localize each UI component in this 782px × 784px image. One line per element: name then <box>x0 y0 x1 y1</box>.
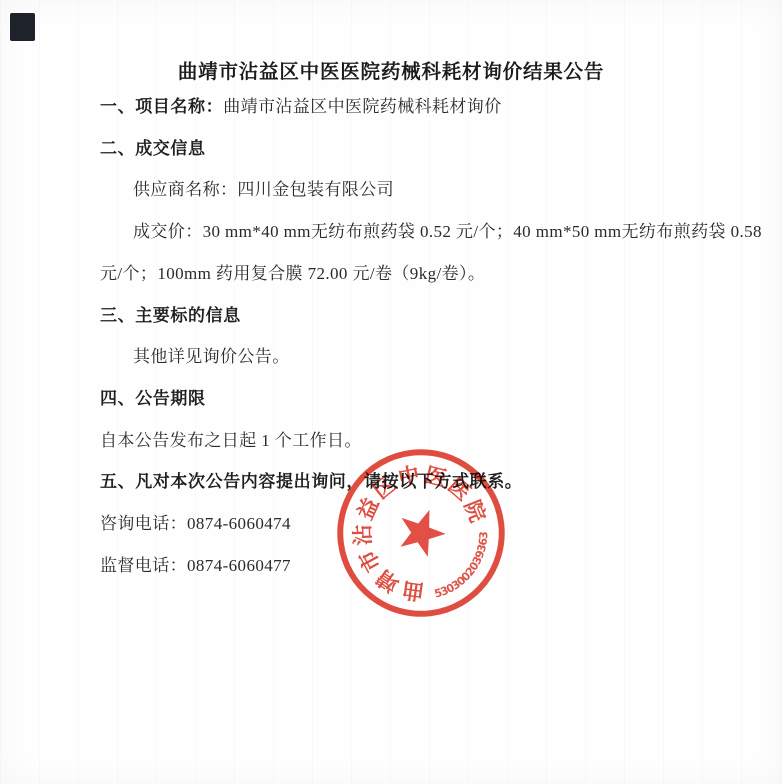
deal-price-line-2: 元/个；100mm 药用复合膜 72.00 元/卷（9kg/卷）。 <box>100 253 740 295</box>
section-4-heading: 四、公告期限 <box>100 378 740 420</box>
deal-price-line-1: 成交价：30 mm*40 mm无纺布煎药袋 0.52 元/个；40 mm*50 … <box>100 211 740 253</box>
section-1-project-name: 一、项目名称：曲靖市沾益区中医院药械科耗材询价 <box>100 86 740 128</box>
scanned-document-page: 曲靖市沾益区中医医院药械科耗材询价结果公告 一、项目名称：曲靖市沾益区中医院药械… <box>0 0 782 784</box>
svg-text:5: 5 <box>433 586 444 601</box>
supervision-phone-line: 监督电话：0874-6060477 <box>100 545 740 587</box>
inquiry-phone-line: 咨询电话：0874-6060474 <box>100 503 740 545</box>
notice-period-line: 自本公告发布之日起 1 个工作日。 <box>100 420 740 462</box>
section-3-heading: 三、主要标的信息 <box>100 295 740 337</box>
supplier-name-line: 供应商名称：四川金包装有限公司 <box>100 169 740 211</box>
section-3-detail-line: 其他详见询价公告。 <box>100 336 740 378</box>
scan-artifact-mark <box>10 13 35 41</box>
page-title: 曲靖市沾益区中医医院药械科耗材询价结果公告 <box>0 59 782 85</box>
document-body: 一、项目名称：曲靖市沾益区中医院药械科耗材询价 二、成交信息 供应商名称：四川金… <box>100 86 740 586</box>
section-1-label: 一、项目名称： <box>100 97 223 116</box>
section-1-value: 曲靖市沾益区中医院药械科耗材询价 <box>223 97 501 116</box>
section-5-heading: 五、凡对本次公告内容提出询问，请按以下方式联系。 <box>100 461 740 503</box>
section-2-heading: 二、成交信息 <box>100 128 740 170</box>
